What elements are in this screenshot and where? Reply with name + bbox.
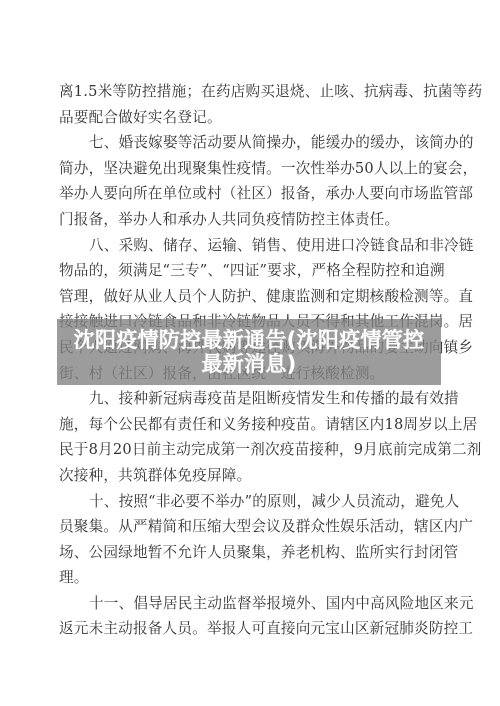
text-line: 场、公园绿地暂不允许人员聚集，养老机构、监所实行封闭管: [59, 540, 437, 566]
text-line: 理。: [59, 565, 437, 591]
text-line: 举办人要向所在单位或村（社区）报备，承办人要向市场监管部: [59, 181, 437, 207]
paragraph-ten-start: 十、按照“非必要不举办”的原则，减少人员流动，避免人: [59, 489, 437, 515]
text-line: 次接种，共筑群体免疫屏障。: [59, 463, 437, 489]
text-line: 物品的，须满足“三专”、“四证”要求，严格全程防控和追溯: [59, 258, 437, 284]
text-line: 员聚集。从严精简和压缩大型会议及群众性娱乐活动，辖区内广: [59, 514, 437, 540]
text-line: 门报备，举办人和承办人共同负疫情防控主体责任。: [59, 207, 437, 233]
text-line: 品要配合做好实名登记。: [59, 105, 437, 131]
overlay-title-line-2: 最新消息): [201, 352, 296, 376]
paragraph-seven-start: 七、婚丧嫁娶等活动要从简操办，能缓办的缓办，该简办的: [59, 130, 437, 156]
text-line: 施，每个公民都有责任和义务接种疫苗。请辖区内18周岁以上居: [59, 412, 437, 438]
text-line: 管理，做好从业人员个人防护、健康监测和定期核酸检测等。直: [59, 284, 437, 310]
text-line: 返元未主动报备人员。举报人可直接向元宝山区新冠肺炎防控工: [59, 616, 437, 642]
text-line: 简办，坚决避免出现聚集性疫情。一次性举办50人以上的宴会，: [59, 156, 437, 182]
overlay-title: 沈阳疫情防控最新通告(沈阳疫情管控 最新消息): [57, 319, 441, 385]
paragraph-eleven-start: 十一、倡导居民主动监督举报境外、国内中高风险地区来元: [59, 591, 437, 617]
document-page: 离1.5米等防控措施；在药店购买退烧、止咳、抗病毒、抗菌等药 品要配合做好实名登…: [0, 0, 500, 706]
text-line: 民于8月20日前主动完成第一剂次疫苗接种，9月底前完成第二剂: [59, 437, 437, 463]
paragraph-eight-start: 八、采购、储存、运输、销售、使用进口冷链食品和非冷链: [59, 233, 437, 259]
paragraph-nine-start: 九、接种新冠病毒疫苗是阻断疫情发生和传播的最有效措: [59, 386, 437, 412]
title-overlay-banner: 沈阳疫情防控最新通告(沈阳疫情管控 最新消息): [57, 319, 441, 385]
overlay-title-line-1: 沈阳疫情防控最新通告(沈阳疫情管控: [74, 328, 425, 352]
text-line: 离1.5米等防控措施；在药店购买退烧、止咳、抗病毒、抗菌等药: [59, 79, 437, 105]
